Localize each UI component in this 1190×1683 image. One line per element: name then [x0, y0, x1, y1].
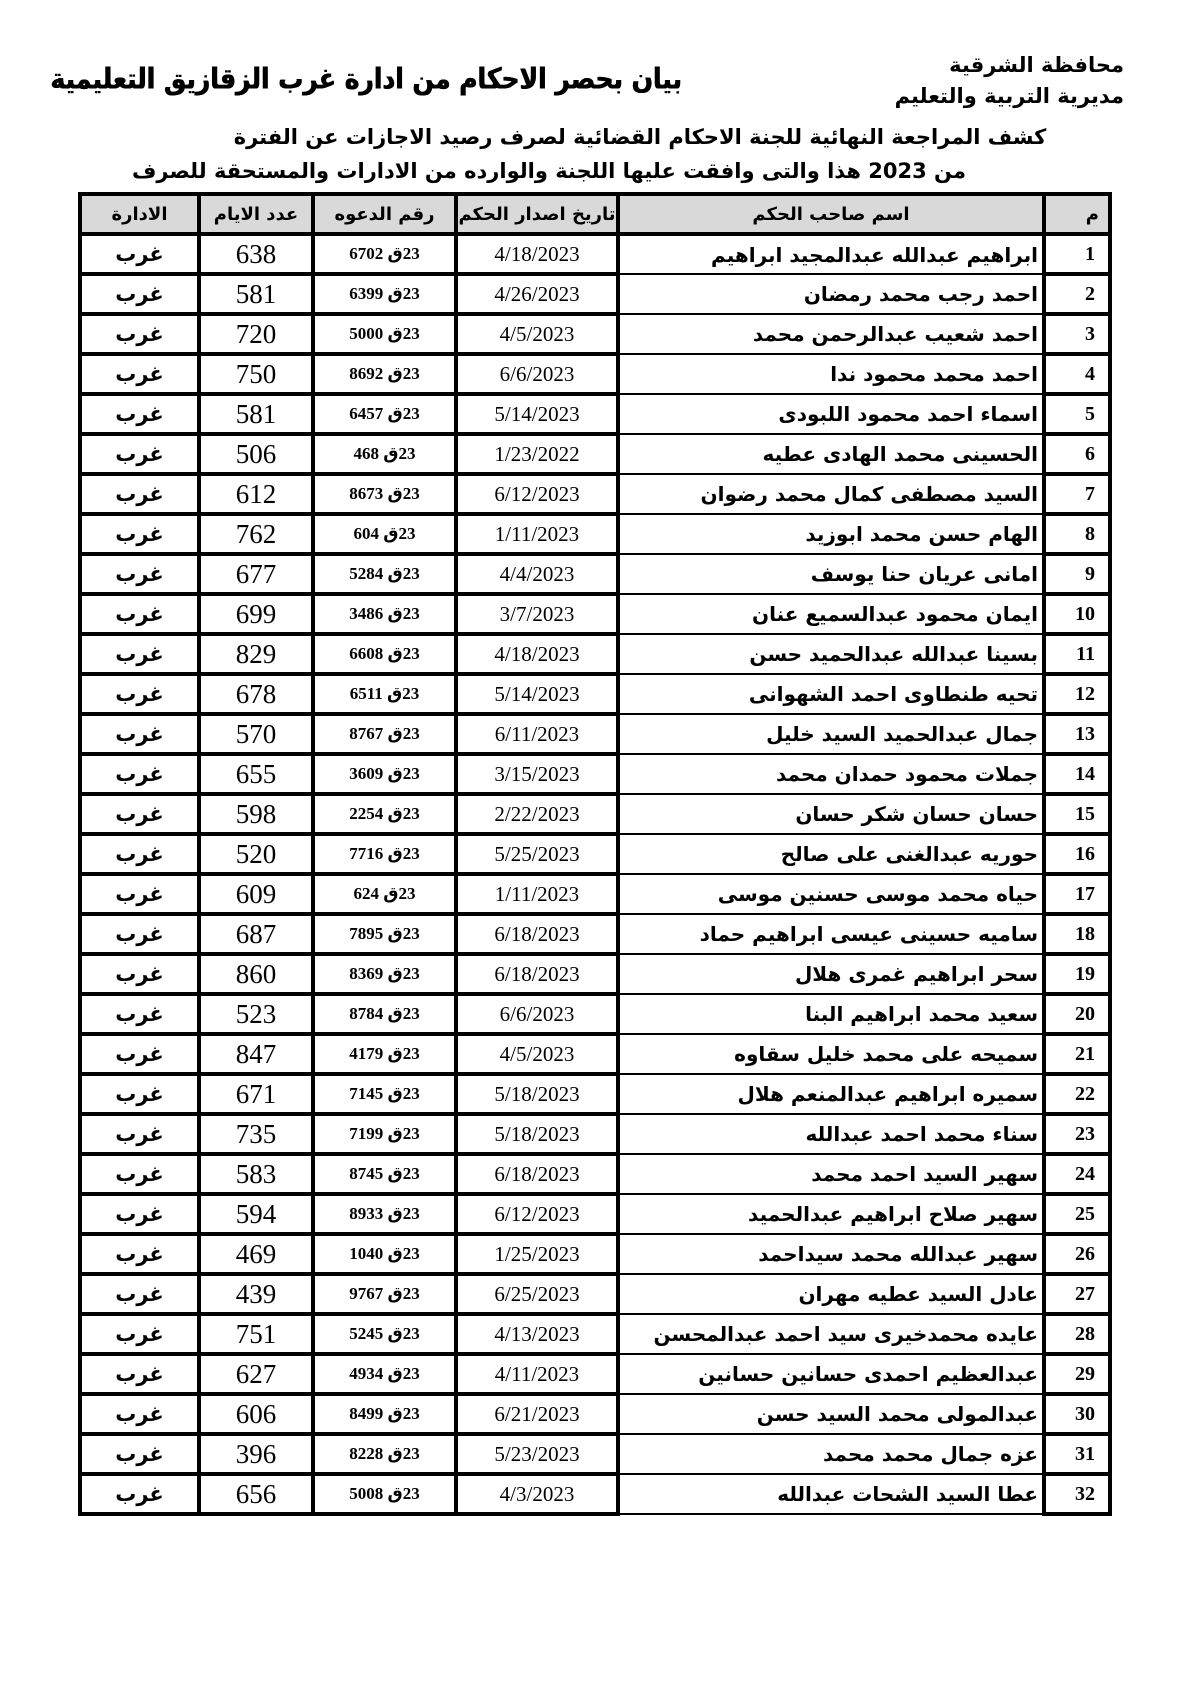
cell-index: 2: [1044, 274, 1110, 314]
cell-days: 687: [199, 914, 313, 954]
cell-name: الهام حسن محمد ابوزيد: [618, 514, 1044, 554]
table-row: 21 سميحه على محمد خليل سقاوه 4/5/2023 41…: [80, 1034, 1110, 1074]
cell-date: 5/18/2023: [456, 1074, 618, 1114]
cell-admin: غرب: [80, 1434, 199, 1474]
cell-date: 1/25/2023: [456, 1234, 618, 1274]
cell-name: امانى عريان حنا يوسف: [618, 554, 1044, 594]
cell-admin: غرب: [80, 274, 199, 314]
cell-days: 720: [199, 314, 313, 354]
cell-name: حسان حسان شكر حسان: [618, 794, 1044, 834]
cell-index: 4: [1044, 354, 1110, 394]
table-row: 1 ابراهيم عبدالله عبدالمجيد ابراهيم 4/18…: [80, 234, 1110, 274]
cell-days: 677: [199, 554, 313, 594]
cell-days: 520: [199, 834, 313, 874]
column-header-date: تاريخ اصدار الحكم: [456, 194, 618, 234]
cell-case-number: 4934 ق23: [313, 1354, 456, 1394]
cell-admin: غرب: [80, 1354, 199, 1394]
cell-admin: غرب: [80, 1114, 199, 1154]
cell-index: 19: [1044, 954, 1110, 994]
table-row: 11 بسينا عبدالله عبدالحميد حسن 4/18/2023…: [80, 634, 1110, 674]
cell-days: 750: [199, 354, 313, 394]
cell-date: 5/23/2023: [456, 1434, 618, 1474]
table-row: 14 جملات محمود حمدان محمد 3/15/2023 3609…: [80, 754, 1110, 794]
cell-admin: غرب: [80, 674, 199, 714]
cell-case-number: 8692 ق23: [313, 354, 456, 394]
cell-admin: غرب: [80, 314, 199, 354]
cell-name: جمال عبدالحميد السيد خليل: [618, 714, 1044, 754]
cell-admin: غرب: [80, 434, 199, 474]
cell-case-number: 7895 ق23: [313, 914, 456, 954]
cell-days: 581: [199, 394, 313, 434]
cell-date: 6/18/2023: [456, 954, 618, 994]
cell-case-number: 6608 ق23: [313, 634, 456, 674]
cell-name: سحر ابراهيم غمرى هلال: [618, 954, 1044, 994]
cell-name: سميره ابراهيم عبدالمنعم هلال: [618, 1074, 1044, 1114]
cell-case-number: 3486 ق23: [313, 594, 456, 634]
cell-index: 27: [1044, 1274, 1110, 1314]
cell-date: 6/25/2023: [456, 1274, 618, 1314]
cell-index: 5: [1044, 394, 1110, 434]
cell-index: 3: [1044, 314, 1110, 354]
cell-date: 4/5/2023: [456, 314, 618, 354]
cell-date: 5/14/2023: [456, 394, 618, 434]
cell-days: 594: [199, 1194, 313, 1234]
cell-index: 7: [1044, 474, 1110, 514]
cell-days: 671: [199, 1074, 313, 1114]
cell-name: ساميه حسينى عيسى ابراهيم حماد: [618, 914, 1044, 954]
cell-case-number: 8228 ق23: [313, 1434, 456, 1474]
cell-index: 28: [1044, 1314, 1110, 1354]
cell-index: 6: [1044, 434, 1110, 474]
cell-days: 699: [199, 594, 313, 634]
cell-admin: غرب: [80, 794, 199, 834]
cell-name: اسماء احمد محمود اللبودى: [618, 394, 1044, 434]
cell-name: عطا السيد الشحات عبدالله: [618, 1474, 1044, 1514]
cell-case-number: 3609 ق23: [313, 754, 456, 794]
cell-date: 4/18/2023: [456, 234, 618, 274]
cell-days: 829: [199, 634, 313, 674]
cell-date: 5/14/2023: [456, 674, 618, 714]
cell-admin: غرب: [80, 594, 199, 634]
cell-date: 6/21/2023: [456, 1394, 618, 1434]
cell-admin: غرب: [80, 634, 199, 674]
cell-index: 25: [1044, 1194, 1110, 1234]
cell-case-number: 2254 ق23: [313, 794, 456, 834]
cell-admin: غرب: [80, 1074, 199, 1114]
table-row: 12 تحيه طنطاوى احمد الشهوانى 5/14/2023 6…: [80, 674, 1110, 714]
table-row: 8 الهام حسن محمد ابوزيد 1/11/2023 604 ق2…: [80, 514, 1110, 554]
cell-index: 32: [1044, 1474, 1110, 1514]
cell-days: 506: [199, 434, 313, 474]
cell-admin: غرب: [80, 754, 199, 794]
cell-days: 627: [199, 1354, 313, 1394]
table-row: 16 حوريه عبدالغنى على صالح 5/25/2023 771…: [80, 834, 1110, 874]
cell-days: 762: [199, 514, 313, 554]
cell-admin: غرب: [80, 1314, 199, 1354]
table-row: 6 الحسينى محمد الهادى عطيه 1/23/2022 468…: [80, 434, 1110, 474]
cell-days: 612: [199, 474, 313, 514]
cell-case-number: 6457 ق23: [313, 394, 456, 434]
cell-date: 4/13/2023: [456, 1314, 618, 1354]
cell-days: 638: [199, 234, 313, 274]
cell-days: 678: [199, 674, 313, 714]
cell-date: 1/11/2023: [456, 514, 618, 554]
cell-index: 11: [1044, 634, 1110, 674]
cell-name: ايمان محمود عبدالسميع عنان: [618, 594, 1044, 634]
table-row: 15 حسان حسان شكر حسان 2/22/2023 2254 ق23…: [80, 794, 1110, 834]
cell-date: 4/5/2023: [456, 1034, 618, 1074]
cell-date: 5/25/2023: [456, 834, 618, 874]
table-row: 19 سحر ابراهيم غمرى هلال 6/18/2023 8369 …: [80, 954, 1110, 994]
cell-case-number: 4179 ق23: [313, 1034, 456, 1074]
cell-index: 8: [1044, 514, 1110, 554]
cell-admin: غرب: [80, 514, 199, 554]
cell-date: 6/18/2023: [456, 1154, 618, 1194]
cell-name: احمد محمد محمود ندا: [618, 354, 1044, 394]
cell-case-number: 624 ق23: [313, 874, 456, 914]
cell-name: حوريه عبدالغنى على صالح: [618, 834, 1044, 874]
table-row: 22 سميره ابراهيم عبدالمنعم هلال 5/18/202…: [80, 1074, 1110, 1114]
cell-case-number: 1040 ق23: [313, 1234, 456, 1274]
table-row: 20 سعيد محمد ابراهيم البنا 6/6/2023 8784…: [80, 994, 1110, 1034]
cell-date: 4/18/2023: [456, 634, 618, 674]
cell-name: بسينا عبدالله عبدالحميد حسن: [618, 634, 1044, 674]
cell-name: سميحه على محمد خليل سقاوه: [618, 1034, 1044, 1074]
cell-case-number: 6399 ق23: [313, 274, 456, 314]
cell-index: 26: [1044, 1234, 1110, 1274]
table-row: 2 احمد رجب محمد رمضان 4/26/2023 6399 ق23…: [80, 274, 1110, 314]
cell-case-number: 8767 ق23: [313, 714, 456, 754]
cell-days: 847: [199, 1034, 313, 1074]
doc-title: بيان بحصر الاحكام من ادارة غرب الزقازيق …: [62, 62, 682, 95]
table-row: 27 عادل السيد عطيه مهران 6/25/2023 9767 …: [80, 1274, 1110, 1314]
cell-case-number: 6702 ق23: [313, 234, 456, 274]
cell-name: سهير صلاح ابراهيم عبدالحميد: [618, 1194, 1044, 1234]
cell-index: 9: [1044, 554, 1110, 594]
cell-admin: غرب: [80, 1274, 199, 1314]
cell-name: سعيد محمد ابراهيم البنا: [618, 994, 1044, 1034]
cell-date: 4/26/2023: [456, 274, 618, 314]
cell-index: 17: [1044, 874, 1110, 914]
cell-case-number: 8499 ق23: [313, 1394, 456, 1434]
cell-index: 24: [1044, 1154, 1110, 1194]
cell-admin: غرب: [80, 234, 199, 274]
cell-index: 20: [1044, 994, 1110, 1034]
table-row: 9 امانى عريان حنا يوسف 4/4/2023 5284 ق23…: [80, 554, 1110, 594]
cell-date: 6/12/2023: [456, 1194, 618, 1234]
cell-index: 18: [1044, 914, 1110, 954]
cell-case-number: 604 ق23: [313, 514, 456, 554]
cell-admin: غرب: [80, 1194, 199, 1234]
cell-date: 6/18/2023: [456, 914, 618, 954]
cell-index: 31: [1044, 1434, 1110, 1474]
cell-case-number: 468 ق23: [313, 434, 456, 474]
cell-index: 15: [1044, 794, 1110, 834]
cell-index: 12: [1044, 674, 1110, 714]
table-row: 32 عطا السيد الشحات عبدالله 4/3/2023 500…: [80, 1474, 1110, 1514]
cell-case-number: 8745 ق23: [313, 1154, 456, 1194]
cell-days: 570: [199, 714, 313, 754]
cell-days: 751: [199, 1314, 313, 1354]
cell-case-number: 5000 ق23: [313, 314, 456, 354]
column-header-days: عدد الايام: [199, 194, 313, 234]
table-row: 10 ايمان محمود عبدالسميع عنان 3/7/2023 3…: [80, 594, 1110, 634]
cell-days: 656: [199, 1474, 313, 1514]
cell-days: 523: [199, 994, 313, 1034]
cell-admin: غرب: [80, 914, 199, 954]
cell-admin: غرب: [80, 994, 199, 1034]
cell-date: 6/12/2023: [456, 474, 618, 514]
cell-name: ابراهيم عبدالله عبدالمجيد ابراهيم: [618, 234, 1044, 274]
table-row: 7 السيد مصطفى كمال محمد رضوان 6/12/2023 …: [80, 474, 1110, 514]
cell-case-number: 9767 ق23: [313, 1274, 456, 1314]
cell-name: عادل السيد عطيه مهران: [618, 1274, 1044, 1314]
cell-admin: غرب: [80, 354, 199, 394]
table-row: 4 احمد محمد محمود ندا 6/6/2023 8692 ق23 …: [80, 354, 1110, 394]
cell-date: 3/15/2023: [456, 754, 618, 794]
cell-date: 6/6/2023: [456, 354, 618, 394]
subtitle-line-1: كشف المراجعة النهائية للجنة الاحكام القض…: [45, 120, 1190, 154]
cell-index: 10: [1044, 594, 1110, 634]
cell-admin: غرب: [80, 874, 199, 914]
table-row: 17 حياه محمد موسى حسنين موسى 1/11/2023 6…: [80, 874, 1110, 914]
cell-admin: غرب: [80, 1034, 199, 1074]
cell-case-number: 6511 ق23: [313, 674, 456, 714]
table-row: 24 سهير السيد احمد محمد 6/18/2023 8745 ق…: [80, 1154, 1110, 1194]
cell-case-number: 7145 ق23: [313, 1074, 456, 1114]
cell-days: 735: [199, 1114, 313, 1154]
cell-admin: غرب: [80, 394, 199, 434]
cell-case-number: 8784 ق23: [313, 994, 456, 1034]
cell-case-number: 8673 ق23: [313, 474, 456, 514]
table-row: 5 اسماء احمد محمود اللبودى 5/14/2023 645…: [80, 394, 1110, 434]
cell-case-number: 5008 ق23: [313, 1474, 456, 1514]
cell-date: 6/11/2023: [456, 714, 618, 754]
column-header-case: رقم الدعوه: [313, 194, 456, 234]
cell-name: عايده محمدخيرى سيد احمد عبدالمحسن: [618, 1314, 1044, 1354]
cell-date: 3/7/2023: [456, 594, 618, 634]
cell-admin: غرب: [80, 714, 199, 754]
cell-name: سناء محمد احمد عبدالله: [618, 1114, 1044, 1154]
table-row: 31 عزه جمال محمد محمد 5/23/2023 8228 ق23…: [80, 1434, 1110, 1474]
cell-admin: غرب: [80, 1474, 199, 1514]
cell-case-number: 7199 ق23: [313, 1114, 456, 1154]
table-header-row: م اسم صاحب الحكم تاريخ اصدار الحكم رقم ا…: [80, 194, 1110, 234]
cell-date: 4/4/2023: [456, 554, 618, 594]
cell-date: 2/22/2023: [456, 794, 618, 834]
cell-admin: غرب: [80, 834, 199, 874]
table-row: 28 عايده محمدخيرى سيد احمد عبدالمحسن 4/1…: [80, 1314, 1110, 1354]
table-row: 30 عبدالمولى محمد السيد حسن 6/21/2023 84…: [80, 1394, 1110, 1434]
cell-date: 1/23/2022: [456, 434, 618, 474]
cell-days: 396: [199, 1434, 313, 1474]
table-row: 25 سهير صلاح ابراهيم عبدالحميد 6/12/2023…: [80, 1194, 1110, 1234]
cell-name: السيد مصطفى كمال محمد رضوان: [618, 474, 1044, 514]
cell-index: 1: [1044, 234, 1110, 274]
cell-case-number: 7716 ق23: [313, 834, 456, 874]
cell-admin: غرب: [80, 954, 199, 994]
column-header-admin: الادارة: [80, 194, 199, 234]
cell-admin: غرب: [80, 474, 199, 514]
cell-name: سهير عبدالله محمد سيداحمد: [618, 1234, 1044, 1274]
cell-days: 598: [199, 794, 313, 834]
cell-days: 583: [199, 1154, 313, 1194]
cell-days: 439: [199, 1274, 313, 1314]
org-line-governorate: محافظة الشرقية: [895, 50, 1124, 81]
cell-days: 860: [199, 954, 313, 994]
cell-date: 4/11/2023: [456, 1354, 618, 1394]
org-line-directorate: مديرية التربية والتعليم: [895, 81, 1124, 112]
table-row: 29 عبدالعظيم احمدى حسانين حسانين 4/11/20…: [80, 1354, 1110, 1394]
cell-name: جملات محمود حمدان محمد: [618, 754, 1044, 794]
cell-name: عزه جمال محمد محمد: [618, 1434, 1044, 1474]
cell-index: 23: [1044, 1114, 1110, 1154]
cell-index: 30: [1044, 1394, 1110, 1434]
cell-days: 469: [199, 1234, 313, 1274]
table-row: 18 ساميه حسينى عيسى ابراهيم حماد 6/18/20…: [80, 914, 1110, 954]
cell-name: سهير السيد احمد محمد: [618, 1154, 1044, 1194]
table-row: 3 احمد شعيب عبدالرحمن محمد 4/5/2023 5000…: [80, 314, 1110, 354]
judgments-table: م اسم صاحب الحكم تاريخ اصدار الحكم رقم ا…: [78, 192, 1112, 1516]
cell-case-number: 8933 ق23: [313, 1194, 456, 1234]
cell-date: 5/18/2023: [456, 1114, 618, 1154]
cell-index: 13: [1044, 714, 1110, 754]
cell-days: 581: [199, 274, 313, 314]
table-row: 23 سناء محمد احمد عبدالله 5/18/2023 7199…: [80, 1114, 1110, 1154]
column-header-index: م: [1044, 194, 1110, 234]
cell-case-number: 5245 ق23: [313, 1314, 456, 1354]
cell-name: تحيه طنطاوى احمد الشهوانى: [618, 674, 1044, 714]
cell-date: 1/11/2023: [456, 874, 618, 914]
cell-date: 4/3/2023: [456, 1474, 618, 1514]
cell-admin: غرب: [80, 1154, 199, 1194]
cell-case-number: 5284 ق23: [313, 554, 456, 594]
cell-name: عبدالمولى محمد السيد حسن: [618, 1394, 1044, 1434]
cell-admin: غرب: [80, 554, 199, 594]
cell-index: 14: [1044, 754, 1110, 794]
table-row: 26 سهير عبدالله محمد سيداحمد 1/25/2023 1…: [80, 1234, 1110, 1274]
cell-days: 609: [199, 874, 313, 914]
cell-days: 655: [199, 754, 313, 794]
cell-name: الحسينى محمد الهادى عطيه: [618, 434, 1044, 474]
cell-index: 16: [1044, 834, 1110, 874]
subtitle-line-2: من 2023 هذا والتى وافقت عليها اللجنة وال…: [0, 154, 1144, 188]
cell-admin: غرب: [80, 1394, 199, 1434]
column-header-name: اسم صاحب الحكم: [618, 194, 1044, 234]
table-row: 13 جمال عبدالحميد السيد خليل 6/11/2023 8…: [80, 714, 1110, 754]
cell-admin: غرب: [80, 1234, 199, 1274]
cell-case-number: 8369 ق23: [313, 954, 456, 994]
cell-date: 6/6/2023: [456, 994, 618, 1034]
doc-subtitle: كشف المراجعة النهائية للجنة الاحكام القض…: [0, 120, 1190, 188]
cell-name: حياه محمد موسى حسنين موسى: [618, 874, 1044, 914]
cell-index: 22: [1044, 1074, 1110, 1114]
cell-name: احمد شعيب عبدالرحمن محمد: [618, 314, 1044, 354]
cell-days: 606: [199, 1394, 313, 1434]
cell-index: 21: [1044, 1034, 1110, 1074]
cell-index: 29: [1044, 1354, 1110, 1394]
org-header: محافظة الشرقية مديرية التربية والتعليم: [895, 50, 1124, 112]
cell-name: عبدالعظيم احمدى حسانين حسانين: [618, 1354, 1044, 1394]
cell-name: احمد رجب محمد رمضان: [618, 274, 1044, 314]
